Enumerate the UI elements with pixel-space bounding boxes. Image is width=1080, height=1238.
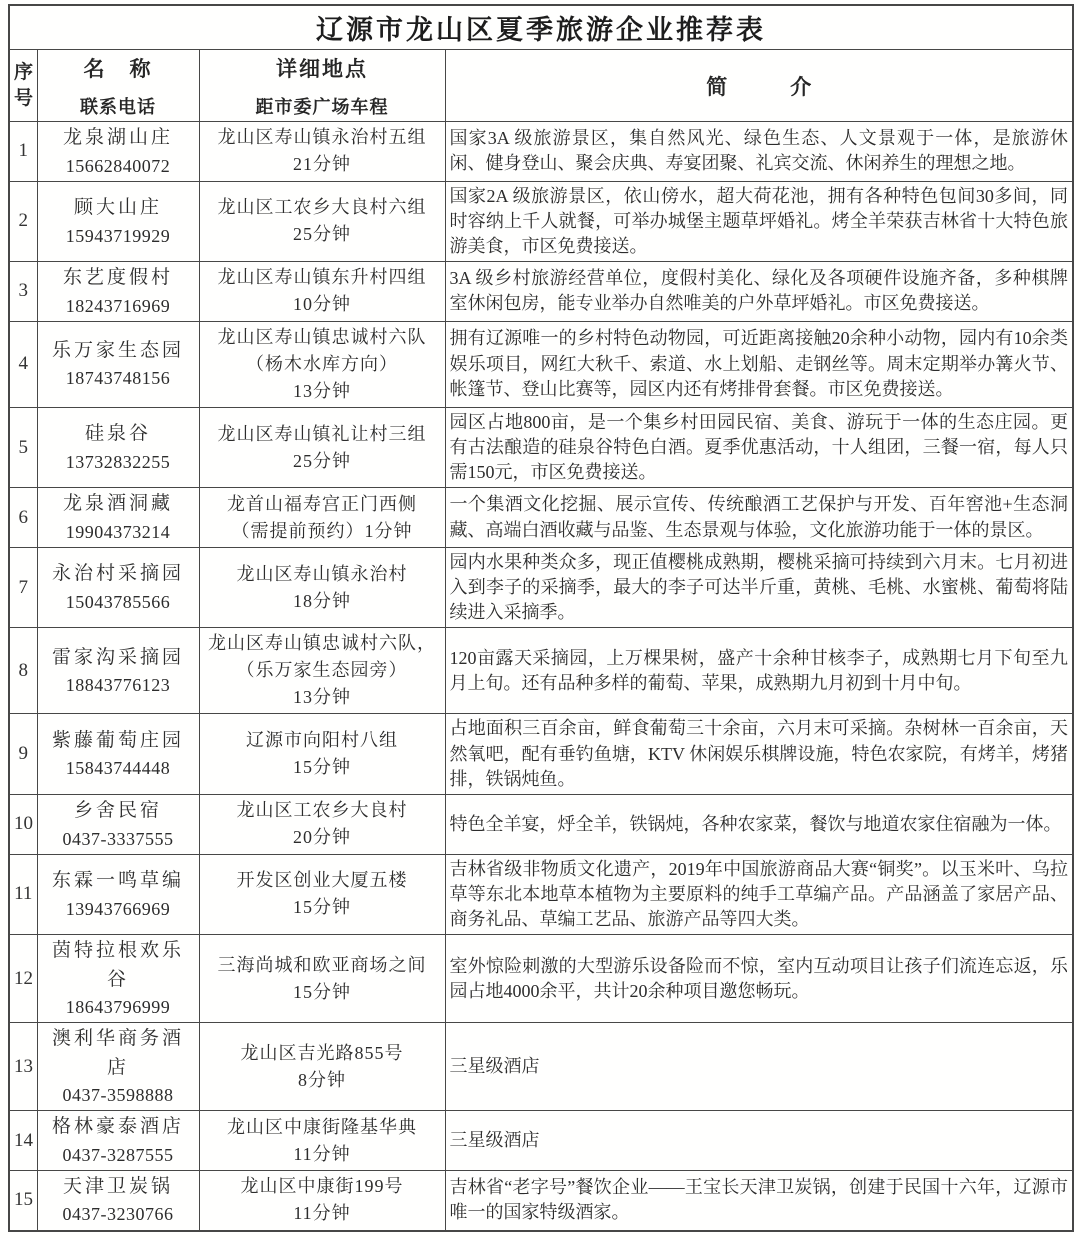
- row-number: 5: [9, 407, 37, 488]
- header-drive-time: 距市委广场车程: [204, 93, 441, 119]
- header-contact-phone: 联系电话: [42, 93, 195, 119]
- company-location: 三海尚城和欧亚商场之间 15分钟: [204, 952, 441, 1006]
- company-phone: 15043785566: [42, 589, 195, 615]
- row-number: 12: [9, 935, 37, 1023]
- company-name: 东霖一鸣草编: [42, 867, 195, 896]
- table-row: 15 天津卫炭锅 0437-3230766 龙山区中康街199号 11分钟 吉林…: [9, 1170, 1073, 1230]
- company-phone: 13943766969: [42, 896, 195, 922]
- title-row: 辽源市龙山区夏季旅游企业推荐表: [9, 5, 1073, 50]
- company-name: 东艺度假村: [42, 264, 195, 293]
- row-number: 4: [9, 321, 37, 407]
- company-location: 龙山区中康街隆基华典 11分钟: [204, 1114, 441, 1168]
- company-intro: 吉林省级非物质文化遗产，2019年中国旅游商品大赛“铜奖”。以玉米叶、乌拉草等东…: [450, 857, 1069, 933]
- row-number: 6: [9, 488, 37, 548]
- row-number: 2: [9, 181, 37, 262]
- table-row: 5 硅泉谷 13732832255 龙山区寿山镇礼让村三组 25分钟 园区占地8…: [9, 407, 1073, 488]
- table-row: 11 东霖一鸣草编 13943766969 开发区创业大厦五楼 15分钟 吉林省…: [9, 854, 1073, 935]
- row-number: 13: [9, 1023, 37, 1111]
- row-number: 3: [9, 262, 37, 322]
- company-intro: 拥有辽源唯一的乡村特色动物园，可近距离接触20余种小动物，园内有10余类娱乐项目…: [450, 326, 1069, 402]
- company-intro: 特色全羊宴，烀全羊，铁锅炖，各种农家菜，餐饮与地道农家住宿融为一体。: [450, 812, 1069, 837]
- table-row: 1 龙泉湖山庄 15662840072 龙山区寿山镇永治村五组 21分钟 国家3…: [9, 122, 1073, 182]
- table-row: 4 乐万家生态园 18743748156 龙山区寿山镇忠诚村六队 （杨木水库方向…: [9, 321, 1073, 407]
- company-location: 龙首山福寿宫正门西侧 （需提前预约）1分钟: [204, 491, 441, 545]
- table-row: 7 永治村采摘园 15043785566 龙山区寿山镇永治村 18分钟 园内水果…: [9, 547, 1073, 628]
- company-phone: 18843776123: [42, 672, 195, 698]
- company-intro: 三星级酒店: [450, 1128, 1069, 1153]
- company-phone: 18743748156: [42, 365, 195, 391]
- company-name: 澳利华商务酒店: [42, 1025, 195, 1082]
- company-intro: 园内水果种类众多，现正值樱桃成熟期，樱桃采摘可持续到六月末。七月初进入到李子的采…: [450, 550, 1069, 626]
- company-intro: 室外惊险刺激的大型游乐设备险而不惊，室内互动项目让孩子们流连忘返，乐园占地400…: [450, 954, 1069, 1004]
- company-intro: 占地面积三百余亩，鲜食葡萄三十余亩，六月末可采摘。杂树林一百余亩，天然氧吧，配有…: [450, 716, 1069, 792]
- company-intro: 120亩露天采摘园，上万棵果树，盛产十余种甘核李子，成熟期七月下旬至九月上旬。还…: [450, 646, 1069, 696]
- company-name: 顾大山庄: [42, 194, 195, 223]
- row-number: 11: [9, 854, 37, 935]
- header-intro: 简 介: [450, 71, 1069, 101]
- company-phone: 19904373214: [42, 519, 195, 545]
- company-intro: 3A 级乡村旅游经营单位，度假村美化、绿化及各项硬件设施齐备，多种棋牌室休闲包房…: [450, 266, 1069, 316]
- company-intro: 吉林省“老字号”餐饮企业——王宝长天津卫炭锅，创建于民国十六年，辽源市唯一的国家…: [450, 1175, 1069, 1225]
- company-intro: 国家3A 级旅游景区，集自然风光、绿色生态、人文景观于一体，是旅游休闲、健身登山…: [450, 126, 1069, 176]
- company-name: 永治村采摘园: [42, 560, 195, 589]
- document-page: 辽源市龙山区夏季旅游企业推荐表 序 号 名 称 联系电话 详细地点 距市委广场车…: [0, 0, 1080, 1238]
- table-row: 8 雷家沟采摘园 18843776123 龙山区寿山镇忠诚村六队， （乐万家生态…: [9, 628, 1073, 714]
- row-number: 14: [9, 1111, 37, 1171]
- row-number: 8: [9, 628, 37, 714]
- table-row: 3 东艺度假村 18243716969 龙山区寿山镇东升村四组 10分钟 3A …: [9, 262, 1073, 322]
- company-location: 龙山区寿山镇东升村四组 10分钟: [204, 264, 441, 318]
- company-phone: 0437-3287555: [42, 1142, 195, 1168]
- company-name: 天津卫炭锅: [42, 1173, 195, 1202]
- company-phone: 13732832255: [42, 449, 195, 475]
- company-name: 雷家沟采摘园: [42, 644, 195, 673]
- table-row: 14 格林豪泰酒店 0437-3287555 龙山区中康街隆基华典 11分钟 三…: [9, 1111, 1073, 1171]
- company-location: 龙山区工农乡大良村 20分钟: [204, 797, 441, 851]
- header-location: 详细地点: [204, 53, 441, 83]
- company-intro: 三星级酒店: [450, 1054, 1069, 1079]
- table-row: 6 龙泉酒洞藏 19904373214 龙首山福寿宫正门西侧 （需提前预约）1分…: [9, 488, 1073, 548]
- header-serial-number: 序 号: [14, 60, 33, 111]
- table-row: 10 乡舍民宿 0437-3337555 龙山区工农乡大良村 20分钟 特色全羊…: [9, 795, 1073, 855]
- company-location: 龙山区寿山镇忠诚村六队， （乐万家生态园旁） 13分钟: [204, 630, 441, 711]
- company-phone: 18243716969: [42, 293, 195, 319]
- company-name: 格林豪泰酒店: [42, 1113, 195, 1142]
- row-number: 1: [9, 122, 37, 182]
- header-name: 名 称: [42, 53, 195, 83]
- table-row: 2 顾大山庄 15943719929 龙山区工农乡大良村六组 25分钟 国家2A…: [9, 181, 1073, 262]
- company-location: 辽源市向阳村八组 15分钟: [204, 727, 441, 781]
- company-location: 龙山区吉光路855号 8分钟: [204, 1040, 441, 1094]
- company-name: 龙泉酒洞藏: [42, 490, 195, 519]
- company-location: 龙山区寿山镇忠诚村六队 （杨木水库方向） 13分钟: [204, 324, 441, 405]
- table-row: 13 澳利华商务酒店 0437-3598888 龙山区吉光路855号 8分钟 三…: [9, 1023, 1073, 1111]
- company-phone: 0437-3230766: [42, 1201, 195, 1227]
- company-location: 龙山区寿山镇永治村五组 21分钟: [204, 124, 441, 178]
- table-row: 9 紫藤葡萄庄园 15843744448 辽源市向阳村八组 15分钟 占地面积三…: [9, 714, 1073, 795]
- company-name: 茵特拉根欢乐谷: [42, 937, 195, 994]
- company-location: 龙山区寿山镇永治村 18分钟: [204, 561, 441, 615]
- company-name: 紫藤葡萄庄园: [42, 727, 195, 756]
- row-number: 15: [9, 1170, 37, 1230]
- company-phone: 15662840072: [42, 153, 195, 179]
- company-intro: 国家2A 级旅游景区，依山傍水，超大荷花池，拥有各种特色包间30多间，同时容纳上…: [450, 184, 1069, 260]
- company-phone: 18643796999: [42, 994, 195, 1020]
- company-name: 硅泉谷: [42, 420, 195, 449]
- company-location: 龙山区寿山镇礼让村三组 25分钟: [204, 421, 441, 475]
- company-phone: 15843744448: [42, 755, 195, 781]
- table-row: 12 茵特拉根欢乐谷 18643796999 三海尚城和欧亚商场之间 15分钟 …: [9, 935, 1073, 1023]
- table-header-row: 序 号 名 称 联系电话 详细地点 距市委广场车程 简 介: [9, 50, 1073, 122]
- recommendation-table: 辽源市龙山区夏季旅游企业推荐表 序 号 名 称 联系电话 详细地点 距市委广场车…: [8, 4, 1074, 1232]
- row-number: 10: [9, 795, 37, 855]
- company-phone: 0437-3598888: [42, 1082, 195, 1108]
- company-location: 开发区创业大厦五楼 15分钟: [204, 867, 441, 921]
- row-number: 9: [9, 714, 37, 795]
- company-phone: 0437-3337555: [42, 826, 195, 852]
- page-title: 辽源市龙山区夏季旅游企业推荐表: [14, 8, 1068, 47]
- company-intro: 一个集酒文化挖掘、展示宣传、传统酿酒工艺保护与开发、百年窖池+生态洞藏、高端白酒…: [450, 492, 1069, 542]
- company-location: 龙山区中康街199号 11分钟: [204, 1173, 441, 1227]
- company-location: 龙山区工农乡大良村六组 25分钟: [204, 194, 441, 248]
- company-intro: 园区占地800亩，是一个集乡村田园民宿、美食、游玩于一体的生态庄园。更有古法酿造…: [450, 410, 1069, 486]
- company-name: 乐万家生态园: [42, 337, 195, 366]
- row-number: 7: [9, 547, 37, 628]
- company-name: 乡舍民宿: [42, 797, 195, 826]
- company-name: 龙泉湖山庄: [42, 124, 195, 153]
- company-phone: 15943719929: [42, 223, 195, 249]
